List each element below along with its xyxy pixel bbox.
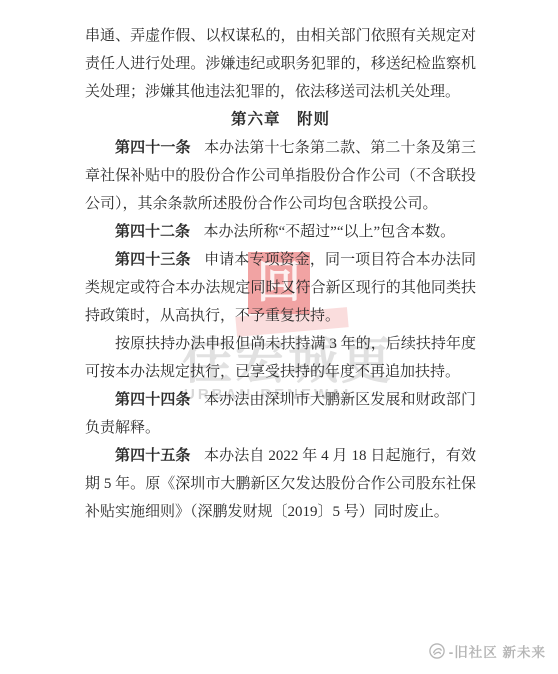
chapter-heading: 第六章 附则 — [85, 106, 476, 134]
article-45-number: 第四十五条 — [115, 448, 191, 464]
article-41-number: 第四十一条 — [115, 140, 191, 156]
footer-brand-label: -旧社区 新未来 — [449, 641, 546, 661]
article-42-text: 本办法所称“不超过”“以上”包含本数。 — [204, 224, 456, 240]
article-42: 第四十二条本办法所称“不超过”“以上”包含本数。 — [85, 218, 476, 246]
article-44: 第四十四条本办法由深圳市大鹏新区发展和财政部门负责解释。 — [85, 386, 476, 442]
footer-brand: -旧社区 新未来 — [427, 641, 546, 661]
article-43-supplement: 按原扶持办法申报但尚未扶持满 3 年的，后续扶持年度可按本办法规定执行，已享受扶… — [85, 330, 476, 386]
article-43-number: 第四十三条 — [115, 252, 191, 268]
article-45: 第四十五条本办法自 2022 年 4 月 18 日起施行，有效期 5 年。原《深… — [85, 442, 476, 526]
article-44-number: 第四十四条 — [115, 392, 191, 408]
article-42-number: 第四十二条 — [115, 224, 190, 240]
document-page: 回 佳宏城更 URBAN RENEWAL 串通、弄虚作假、以权谋私的，由相关部门… — [0, 0, 558, 674]
community-circle-icon — [427, 641, 447, 661]
article-43-supplement-text: 按原扶持办法申报但尚未扶持满 3 年的，后续扶持年度可按本办法规定执行，已享受扶… — [85, 336, 476, 380]
article-41: 第四十一条本办法第十七条第二款、第二十条及第三章社保补贴中的股份合作公司单指股份… — [85, 134, 476, 218]
article-43: 第四十三条申请本专项资金，同一项目符合本办法同类规定或符合本办法规定同时又符合新… — [85, 246, 476, 330]
paragraph-continuation: 串通、弄虚作假、以权谋私的，由相关部门依照有关规定对责任人进行处理。涉嫌违纪或职… — [85, 22, 476, 106]
document-body: 串通、弄虚作假、以权谋私的，由相关部门依照有关规定对责任人进行处理。涉嫌违纪或职… — [85, 22, 476, 526]
